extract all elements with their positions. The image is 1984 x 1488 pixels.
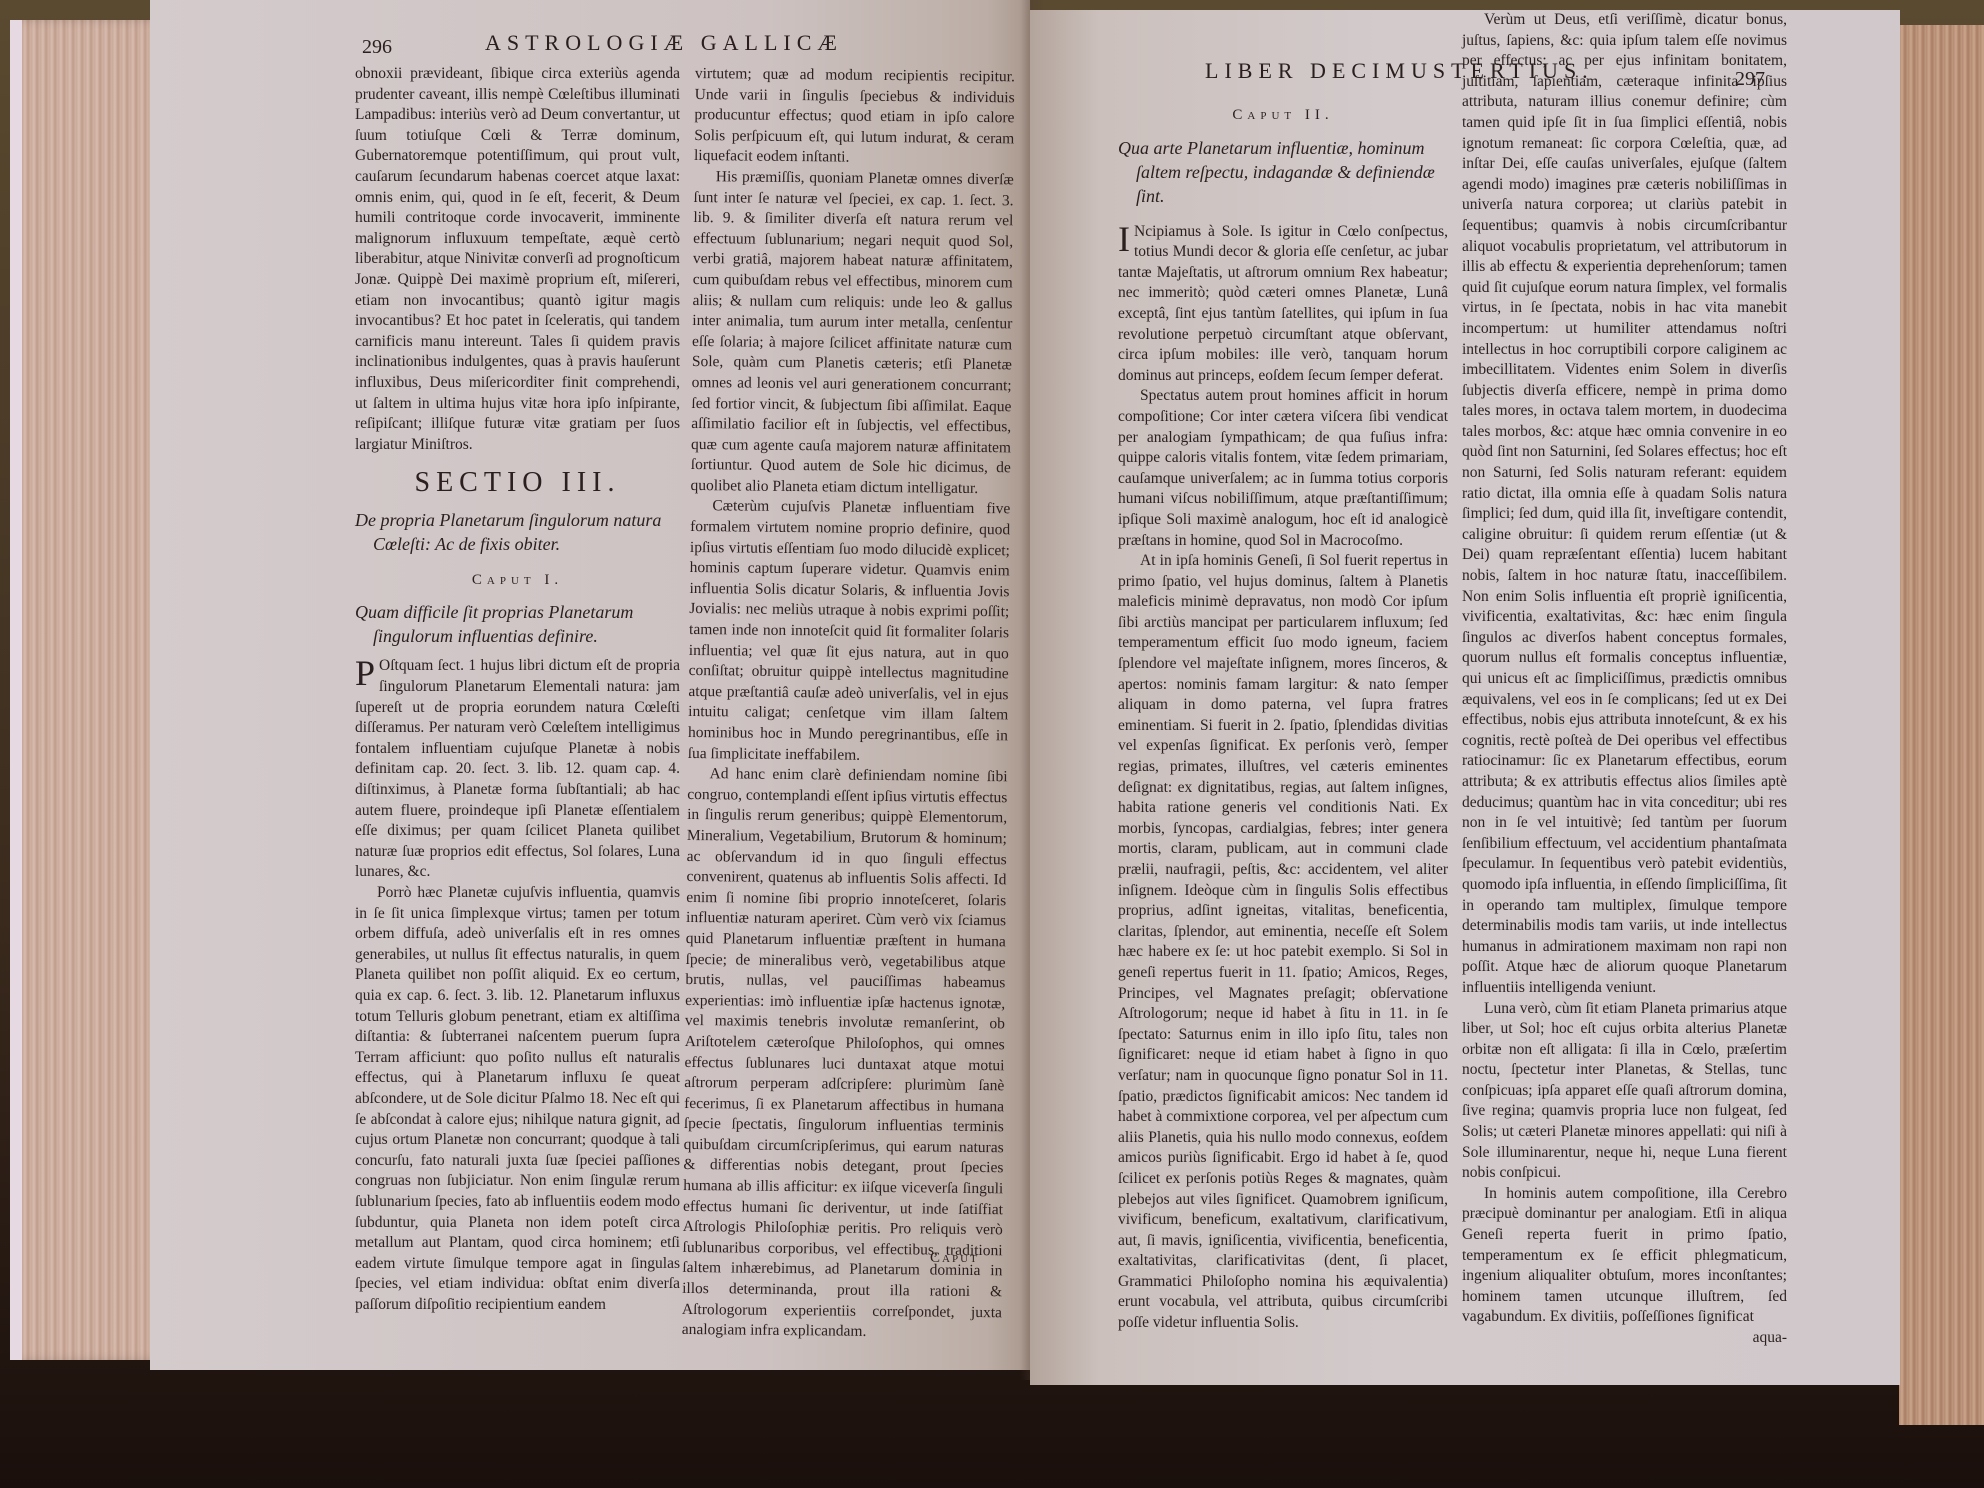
right-page-column-2: Verùm ut Deus, etſi veriſſimè, dicatur b… — [1462, 10, 1787, 1349]
paragraph: In hominis autem compoſitione, illa Cere… — [1462, 1184, 1787, 1328]
section-title: SECTIO III. — [355, 473, 680, 494]
chapter-label: Caput I. — [355, 570, 680, 591]
paragraph: Porrò hæc Planetæ cujuſvis influentia, q… — [355, 883, 680, 1315]
page-edges-right — [1899, 25, 1984, 1425]
paragraph: His præmiſſis, quoniam Planetæ omnes div… — [690, 167, 1013, 500]
drop-cap: P — [355, 656, 375, 690]
paragraph: Spectatus autem prout homines afficit in… — [1118, 386, 1448, 551]
chapter-title: Qua arte Planetarum influentiæ, hominum … — [1118, 136, 1448, 208]
chapter-label: Caput II. — [1118, 105, 1448, 126]
paragraph: Cæterùm cujuſvis Planetæ influentiam fiv… — [688, 496, 1011, 767]
drop-cap: I — [1118, 222, 1130, 256]
catchword-right: aqua- — [1462, 1328, 1787, 1349]
left-page: 296 ASTROLOGIÆ GALLICÆ obnoxii prævidean… — [150, 0, 1030, 1370]
paragraph: INcipiamus à Sole. Is igitur in Cœlo con… — [1118, 222, 1448, 387]
section-subtitle: De propria Planetarum ſingulorum natura … — [355, 508, 680, 556]
running-head-left: ASTROLOGIÆ GALLICÆ — [485, 30, 843, 56]
page-number-left: 296 — [362, 36, 392, 59]
right-page-column-1: Caput II. Qua arte Planetarum influentiæ… — [1118, 105, 1448, 1334]
left-page-column-2: virtutem; quæ ad modum recipientis recip… — [682, 64, 1015, 1344]
paragraph: At in ipſa hominis Geneſi, ſi Sol fuerit… — [1118, 551, 1448, 1334]
paragraph: Verùm ut Deus, etſi veriſſimè, dicatur b… — [1462, 10, 1787, 999]
catchword-left: Caput — [930, 1250, 979, 1267]
paragraph: virtutem; quæ ad modum recipientis recip… — [694, 64, 1015, 170]
paragraph: POſtquam ſect. 1 hujus libri dictum eſt … — [355, 656, 680, 883]
left-page-column-1: obnoxii prævideant, ſibique circa exteri… — [355, 64, 680, 1315]
paragraph: Luna verò, cùm ſit etiam Planeta primari… — [1462, 999, 1787, 1184]
paragraph: obnoxii prævideant, ſibique circa exteri… — [355, 64, 680, 455]
right-page: LIBER DECIMUSTERTIUS. 297 Caput II. Qua … — [1030, 10, 1900, 1385]
chapter-title: Quam difficile ſit proprias Planetarum ſ… — [355, 600, 680, 648]
